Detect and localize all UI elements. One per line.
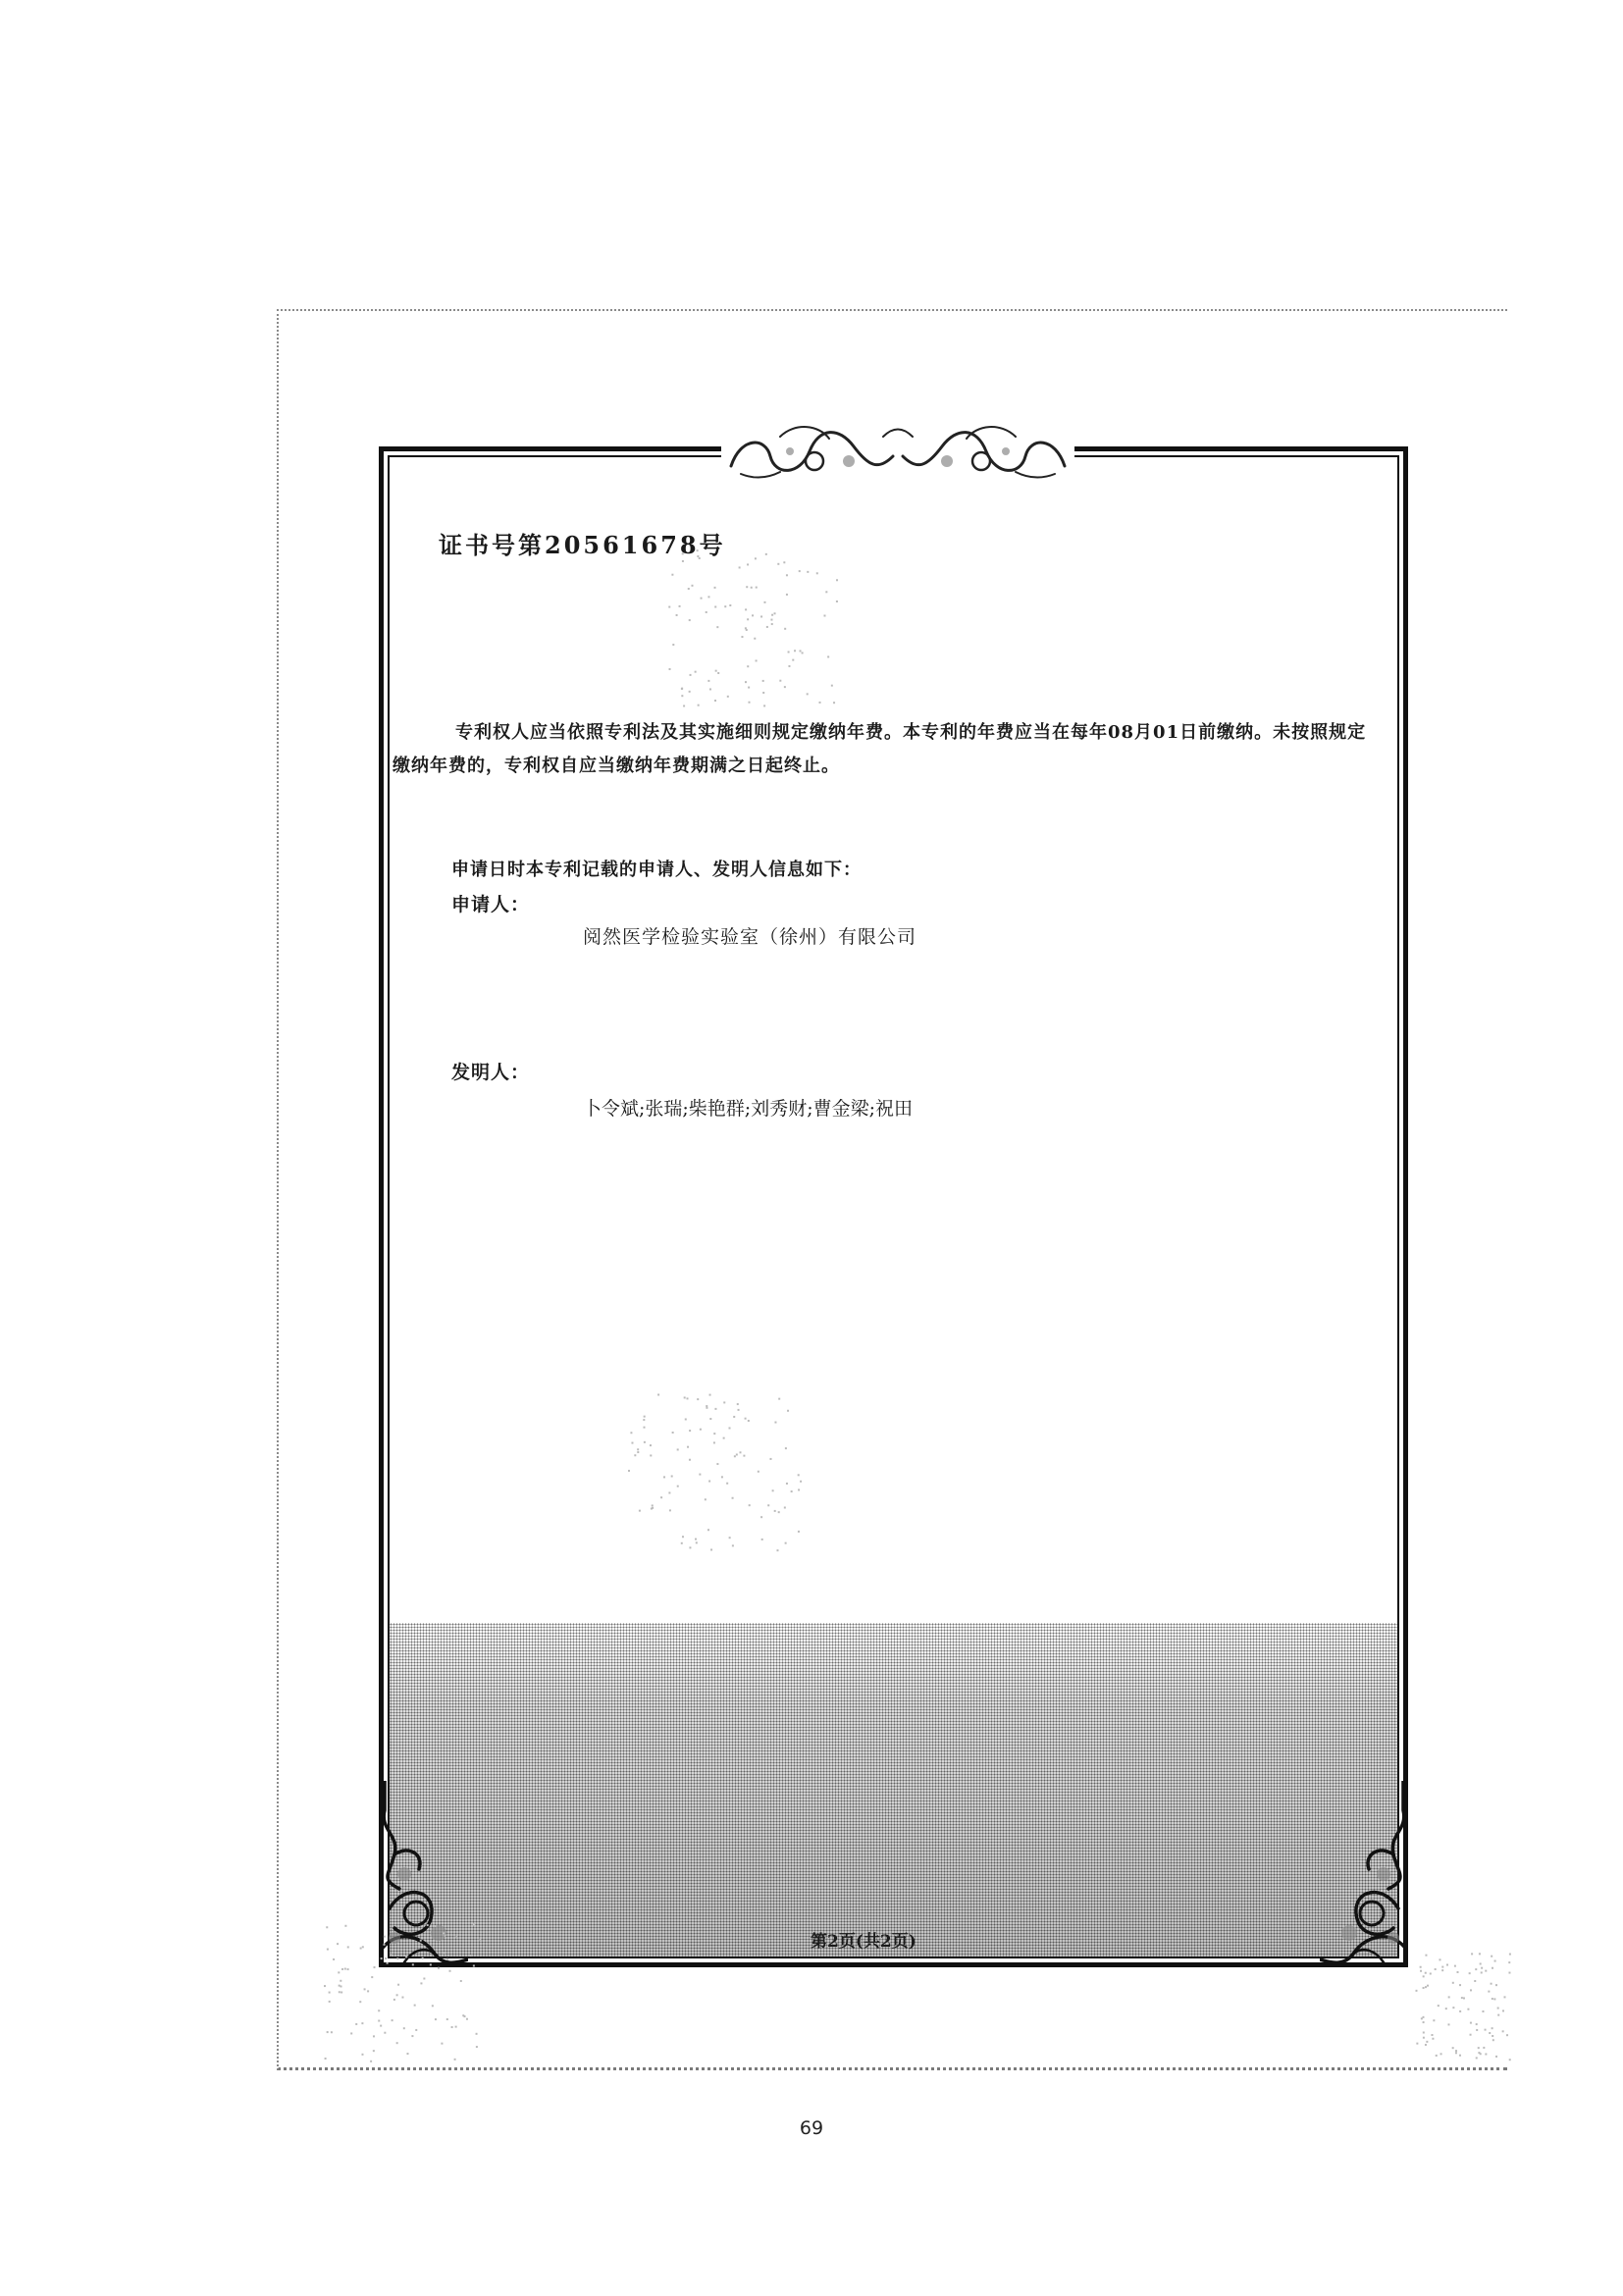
document-page-number: 69 (0, 2117, 1623, 2139)
applicant-label: 申请人： (451, 890, 530, 916)
certificate-page-indicator: 第2页(共2页) (811, 1927, 916, 1952)
floral-corner-icon (375, 1781, 468, 1967)
applicant-name: 阅然医学检验实验室（徐州）有限公司 (583, 922, 916, 949)
certificate-frame (379, 446, 1408, 1967)
scroll-ornament-icon (721, 417, 1074, 486)
annual-fee-paragraph: 专利权人应当依照专利法及其实施细则规定缴纳年费。本专利的年费应当在每年08月01… (393, 716, 1384, 783)
inventor-names: 卜令斌;张瑞;柴艳群;刘秀财;曹金梁;祝田 (583, 1094, 913, 1121)
certificate-number: 证书号第20561678号 (439, 526, 726, 560)
annual-fee-text: 专利权人应当依照专利法及其实施细则规定缴纳年费。本专利的年费应当在每年08月01… (393, 722, 1366, 776)
certificate-bottom-shading (390, 1623, 1397, 1957)
floral-corner-icon (1320, 1781, 1413, 1967)
inventor-label: 发明人： (451, 1058, 530, 1084)
info-intro: 申请日时本专利记载的申请人、发明人信息如下： (451, 856, 862, 881)
